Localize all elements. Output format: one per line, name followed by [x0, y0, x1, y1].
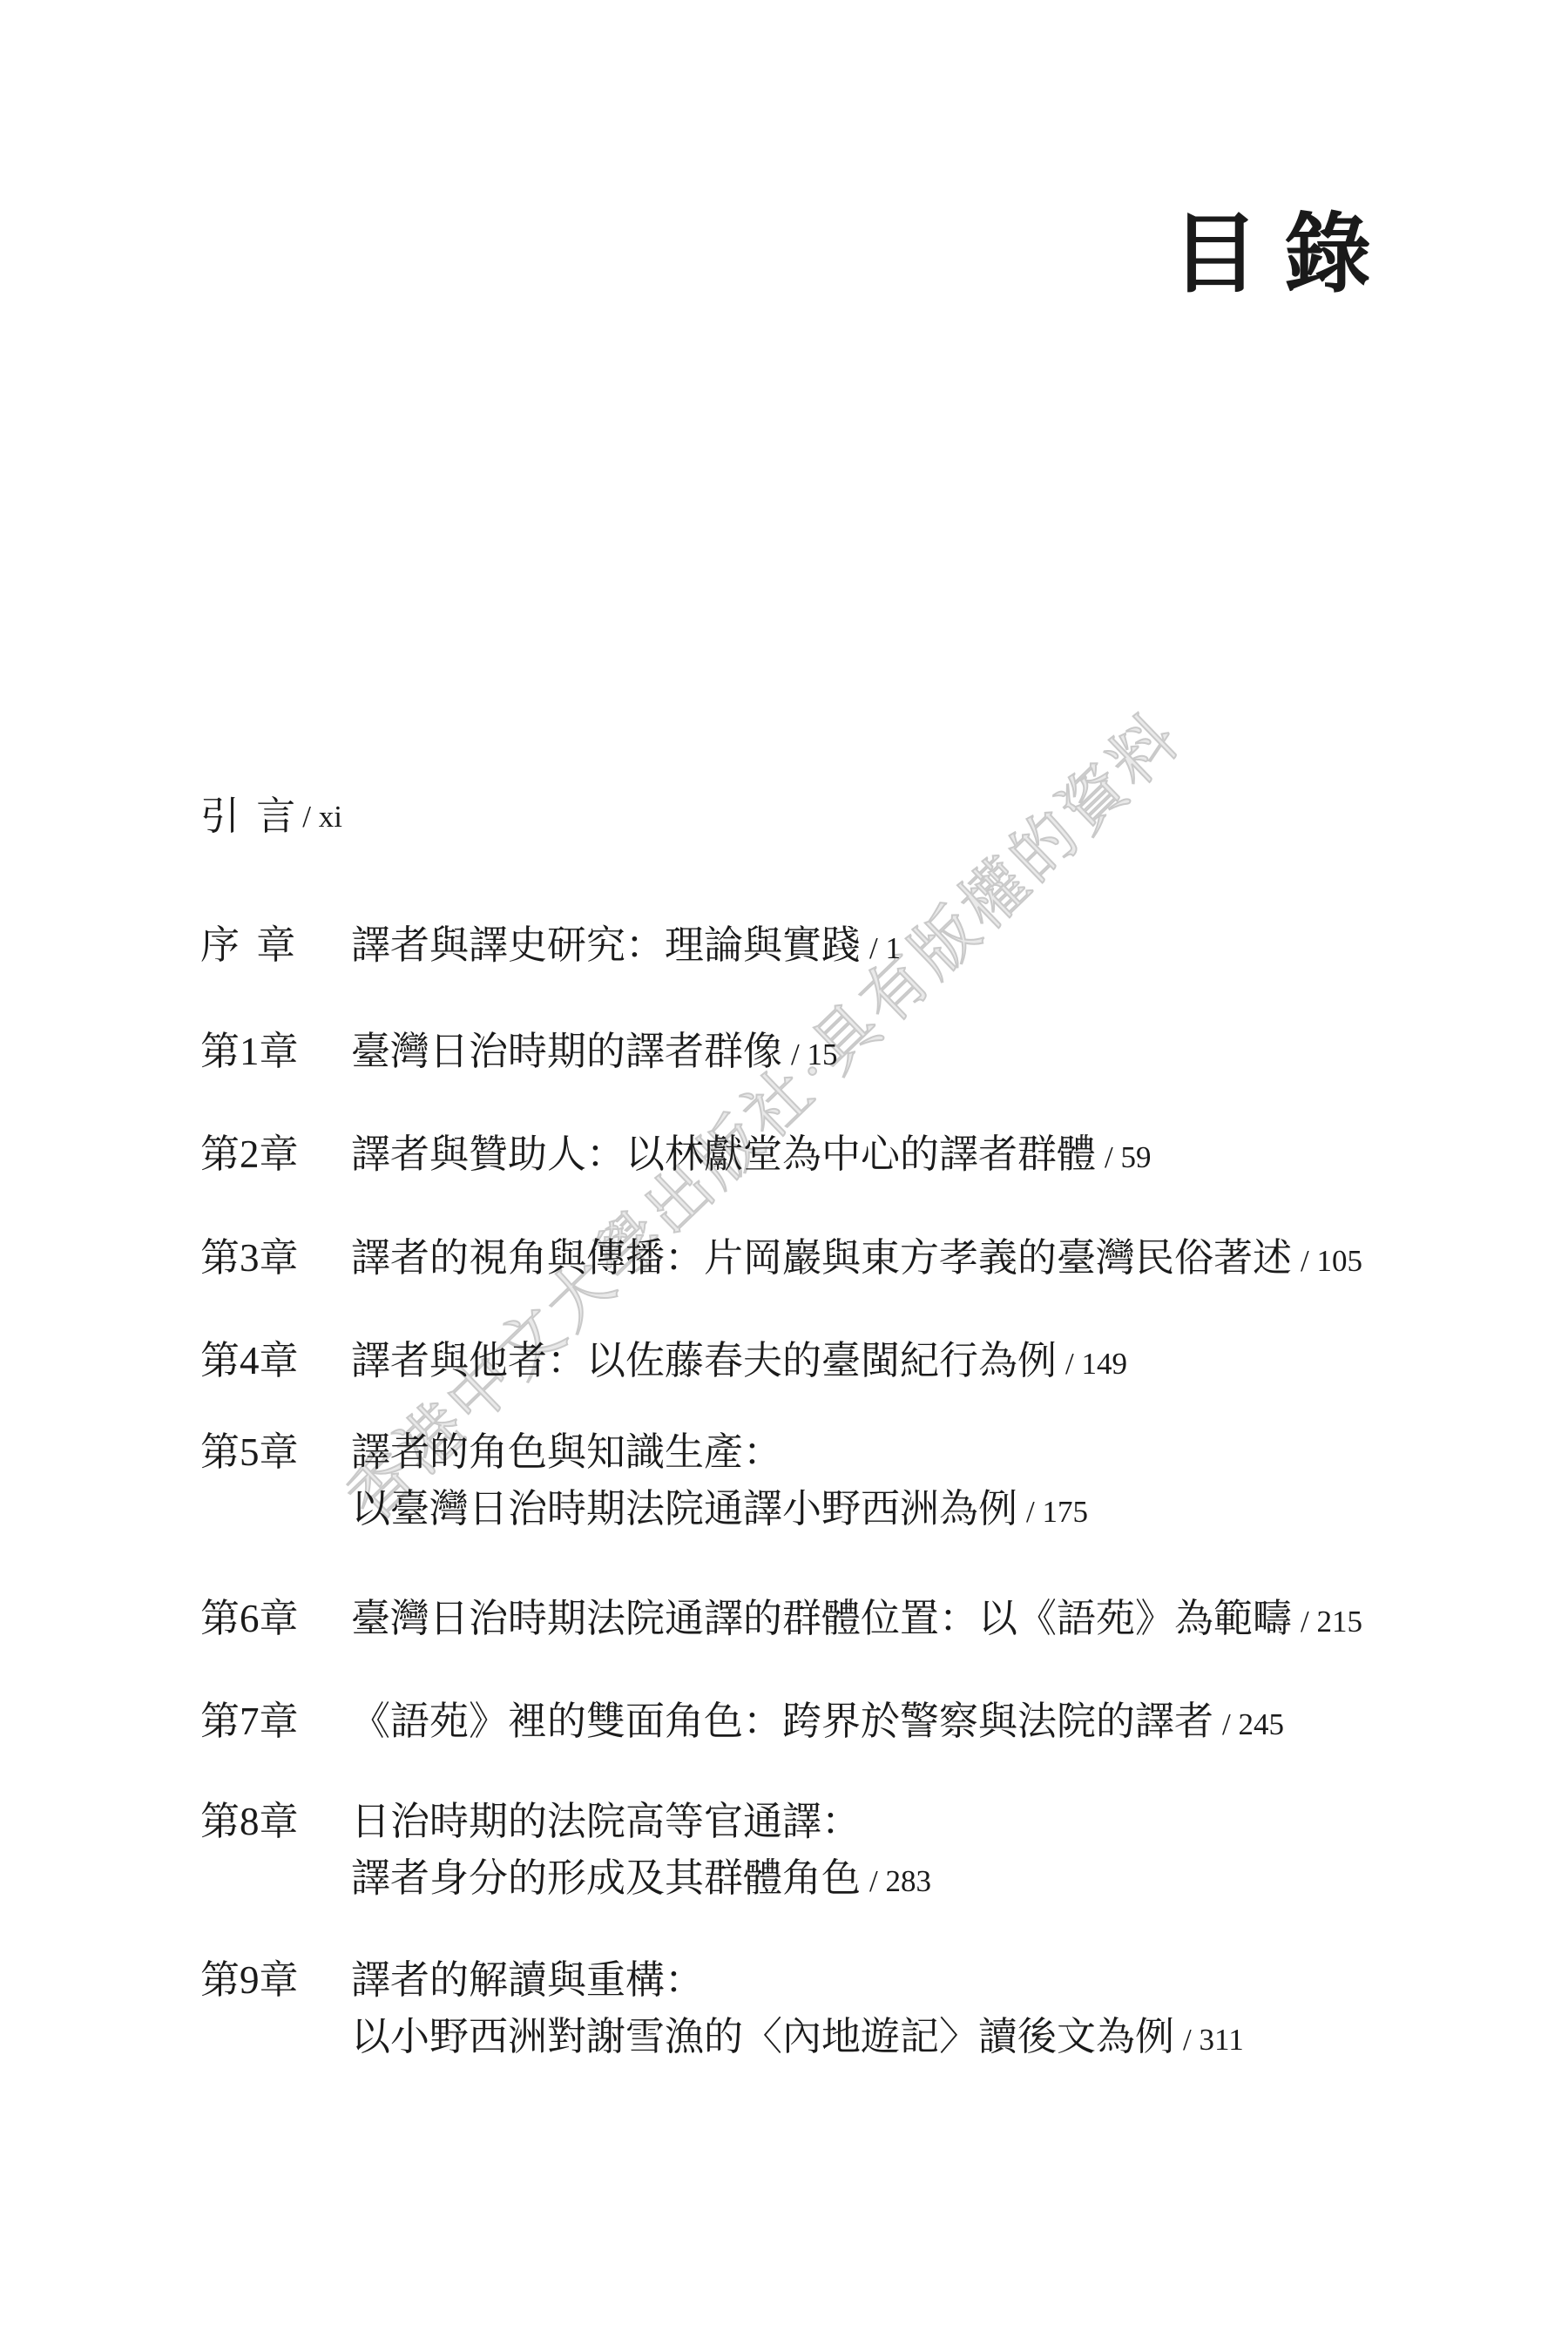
chapter-title: 譯者的角色與知識生產：: [351, 1430, 782, 1474]
chapter-label: 第6章: [200, 1599, 351, 1639]
chapter-content: 臺灣日治時期法院通譯的群體位置：以《語苑》為範疇/ 215: [351, 1599, 1362, 1641]
toc-entry: 第5章 譯者的角色與知識生產： 以臺灣日治時期法院通譯小野西洲為例/ 175: [200, 1433, 1088, 1531]
page-number: / 105: [1301, 1244, 1362, 1278]
chapter-line: 譯者與譯史研究：理論與實踐/ 1: [351, 926, 901, 968]
chapter-label: 第4章: [200, 1342, 351, 1381]
page-title: 目 錄: [1172, 212, 1371, 299]
page-number: / 59: [1105, 1140, 1151, 1174]
toc-entry-intro: 引 言/ xi: [200, 797, 342, 836]
chapter-line: 以臺灣日治時期法院通譯小野西洲為例/ 175: [351, 1490, 1088, 1531]
chapter-content: 臺灣日治時期的譯者群像/ 15: [351, 1032, 838, 1074]
chapter-content: 譯者的解讀與重構： 以小野西洲對謝雪漁的〈內地遊記〉讀後文為例/ 311: [351, 1961, 1244, 2059]
chapter-label: 引 言: [200, 797, 295, 836]
page-number: / 15: [791, 1037, 837, 1071]
chapter-content: 譯者與他者：以佐藤春夫的臺閩紀行為例/ 149: [351, 1342, 1127, 1383]
toc-entry: 第3章 譯者的視角與傳播：片岡巖與東方孝義的臺灣民俗著述/ 105: [200, 1239, 1362, 1281]
chapter-line: 譯者與他者：以佐藤春夫的臺閩紀行為例/ 149: [351, 1342, 1127, 1383]
chapter-title: 日治時期的法院高等官通譯：: [351, 1800, 861, 1843]
page-number: / 283: [869, 1864, 931, 1898]
chapter-label: 第5章: [200, 1433, 351, 1472]
chapter-title: 譯者與贊助人：以林獻堂為中心的譯者群體: [351, 1132, 1096, 1176]
chapter-line: 譯者的視角與傳播：片岡巖與東方孝義的臺灣民俗著述/ 105: [351, 1239, 1362, 1281]
chapter-line: 譯者的角色與知識生產：: [351, 1433, 1088, 1472]
chapter-label: 第7章: [200, 1702, 351, 1741]
chapter-label: 第2章: [200, 1135, 351, 1174]
toc-entry: 第6章 臺灣日治時期法院通譯的群體位置：以《語苑》為範疇/ 215: [200, 1599, 1362, 1641]
toc-page: 香港中文大學出版社·具有版權的資料 目 錄 引 言/ xi 序 章 譯者與譯史研…: [0, 0, 1568, 2352]
chapter-subtitle: 以臺灣日治時期法院通譯小野西洲為例: [351, 1487, 1017, 1531]
chapter-content: 譯者與譯史研究：理論與實踐/ 1: [351, 926, 901, 968]
page-number: / 311: [1183, 2023, 1244, 2057]
toc-entry: 第8章 日治時期的法院高等官通譯： 譯者身分的形成及其群體角色/ 283: [200, 1802, 931, 1901]
page-number: / 245: [1222, 1707, 1284, 1741]
page-number: / xi: [302, 797, 342, 836]
chapter-title: 臺灣日治時期法院通譯的群體位置：以《語苑》為範疇: [351, 1597, 1292, 1640]
toc-entry: 第4章 譯者與他者：以佐藤春夫的臺閩紀行為例/ 149: [200, 1342, 1127, 1383]
chapter-line: 臺灣日治時期法院通譯的群體位置：以《語苑》為範疇/ 215: [351, 1599, 1362, 1641]
page-number: / 175: [1026, 1495, 1088, 1529]
chapter-label: 第1章: [200, 1032, 351, 1071]
chapter-title: 譯者與他者：以佐藤春夫的臺閩紀行為例: [351, 1339, 1057, 1382]
page-number: / 149: [1065, 1347, 1127, 1381]
chapter-subtitle: 譯者身分的形成及其群體角色: [351, 1856, 861, 1900]
page-number: / 1: [869, 931, 901, 965]
chapter-line: 《語苑》裡的雙面角色：跨界於警察與法院的譯者/ 245: [351, 1702, 1284, 1744]
chapter-title: 臺灣日治時期的譯者群像: [351, 1030, 782, 1073]
chapter-line: 譯者身分的形成及其群體角色/ 283: [351, 1859, 931, 1901]
chapter-line: 譯者的解讀與重構：: [351, 1961, 1244, 2000]
toc-entry: 序 章 譯者與譯史研究：理論與實踐/ 1: [200, 926, 901, 968]
chapter-content: 譯者的角色與知識生產： 以臺灣日治時期法院通譯小野西洲為例/ 175: [351, 1433, 1088, 1531]
page-number: / 215: [1301, 1605, 1362, 1639]
chapter-title: 譯者與譯史研究：理論與實踐: [351, 923, 861, 967]
watermark: 香港中文大學出版社·具有版權的資料: [323, 689, 1198, 1538]
chapter-content: 《語苑》裡的雙面角色：跨界於警察與法院的譯者/ 245: [351, 1702, 1284, 1744]
chapter-label: 序 章: [200, 926, 351, 965]
chapter-label: 第9章: [200, 1961, 351, 2000]
chapter-title: 《語苑》裡的雙面角色：跨界於警察與法院的譯者: [351, 1700, 1213, 1743]
chapter-line: 日治時期的法院高等官通譯：: [351, 1802, 931, 1842]
chapter-label: 第8章: [200, 1802, 351, 1842]
chapter-title: 譯者的解讀與重構：: [351, 1958, 704, 2002]
toc-entry: 第1章 臺灣日治時期的譯者群像/ 15: [200, 1032, 838, 1074]
toc-entry: 第7章 《語苑》裡的雙面角色：跨界於警察與法院的譯者/ 245: [200, 1702, 1284, 1744]
chapter-line: 以小野西洲對謝雪漁的〈內地遊記〉讀後文為例/ 311: [351, 2017, 1244, 2059]
chapter-subtitle: 以小野西洲對謝雪漁的〈內地遊記〉讀後文為例: [351, 2015, 1174, 2058]
toc-entry: 第2章 譯者與贊助人：以林獻堂為中心的譯者群體/ 59: [200, 1135, 1152, 1177]
chapter-content: 譯者與贊助人：以林獻堂為中心的譯者群體/ 59: [351, 1135, 1152, 1177]
toc-entry: 第9章 譯者的解讀與重構： 以小野西洲對謝雪漁的〈內地遊記〉讀後文為例/ 311: [200, 1961, 1244, 2059]
chapter-content: 譯者的視角與傳播：片岡巖與東方孝義的臺灣民俗著述/ 105: [351, 1239, 1362, 1281]
chapter-line: 譯者與贊助人：以林獻堂為中心的譯者群體/ 59: [351, 1135, 1152, 1177]
chapter-label: 第3章: [200, 1239, 351, 1278]
chapter-content: 日治時期的法院高等官通譯： 譯者身分的形成及其群體角色/ 283: [351, 1802, 931, 1901]
chapter-title: 譯者的視角與傳播：片岡巖與東方孝義的臺灣民俗著述: [351, 1236, 1292, 1280]
chapter-line: 臺灣日治時期的譯者群像/ 15: [351, 1032, 838, 1074]
